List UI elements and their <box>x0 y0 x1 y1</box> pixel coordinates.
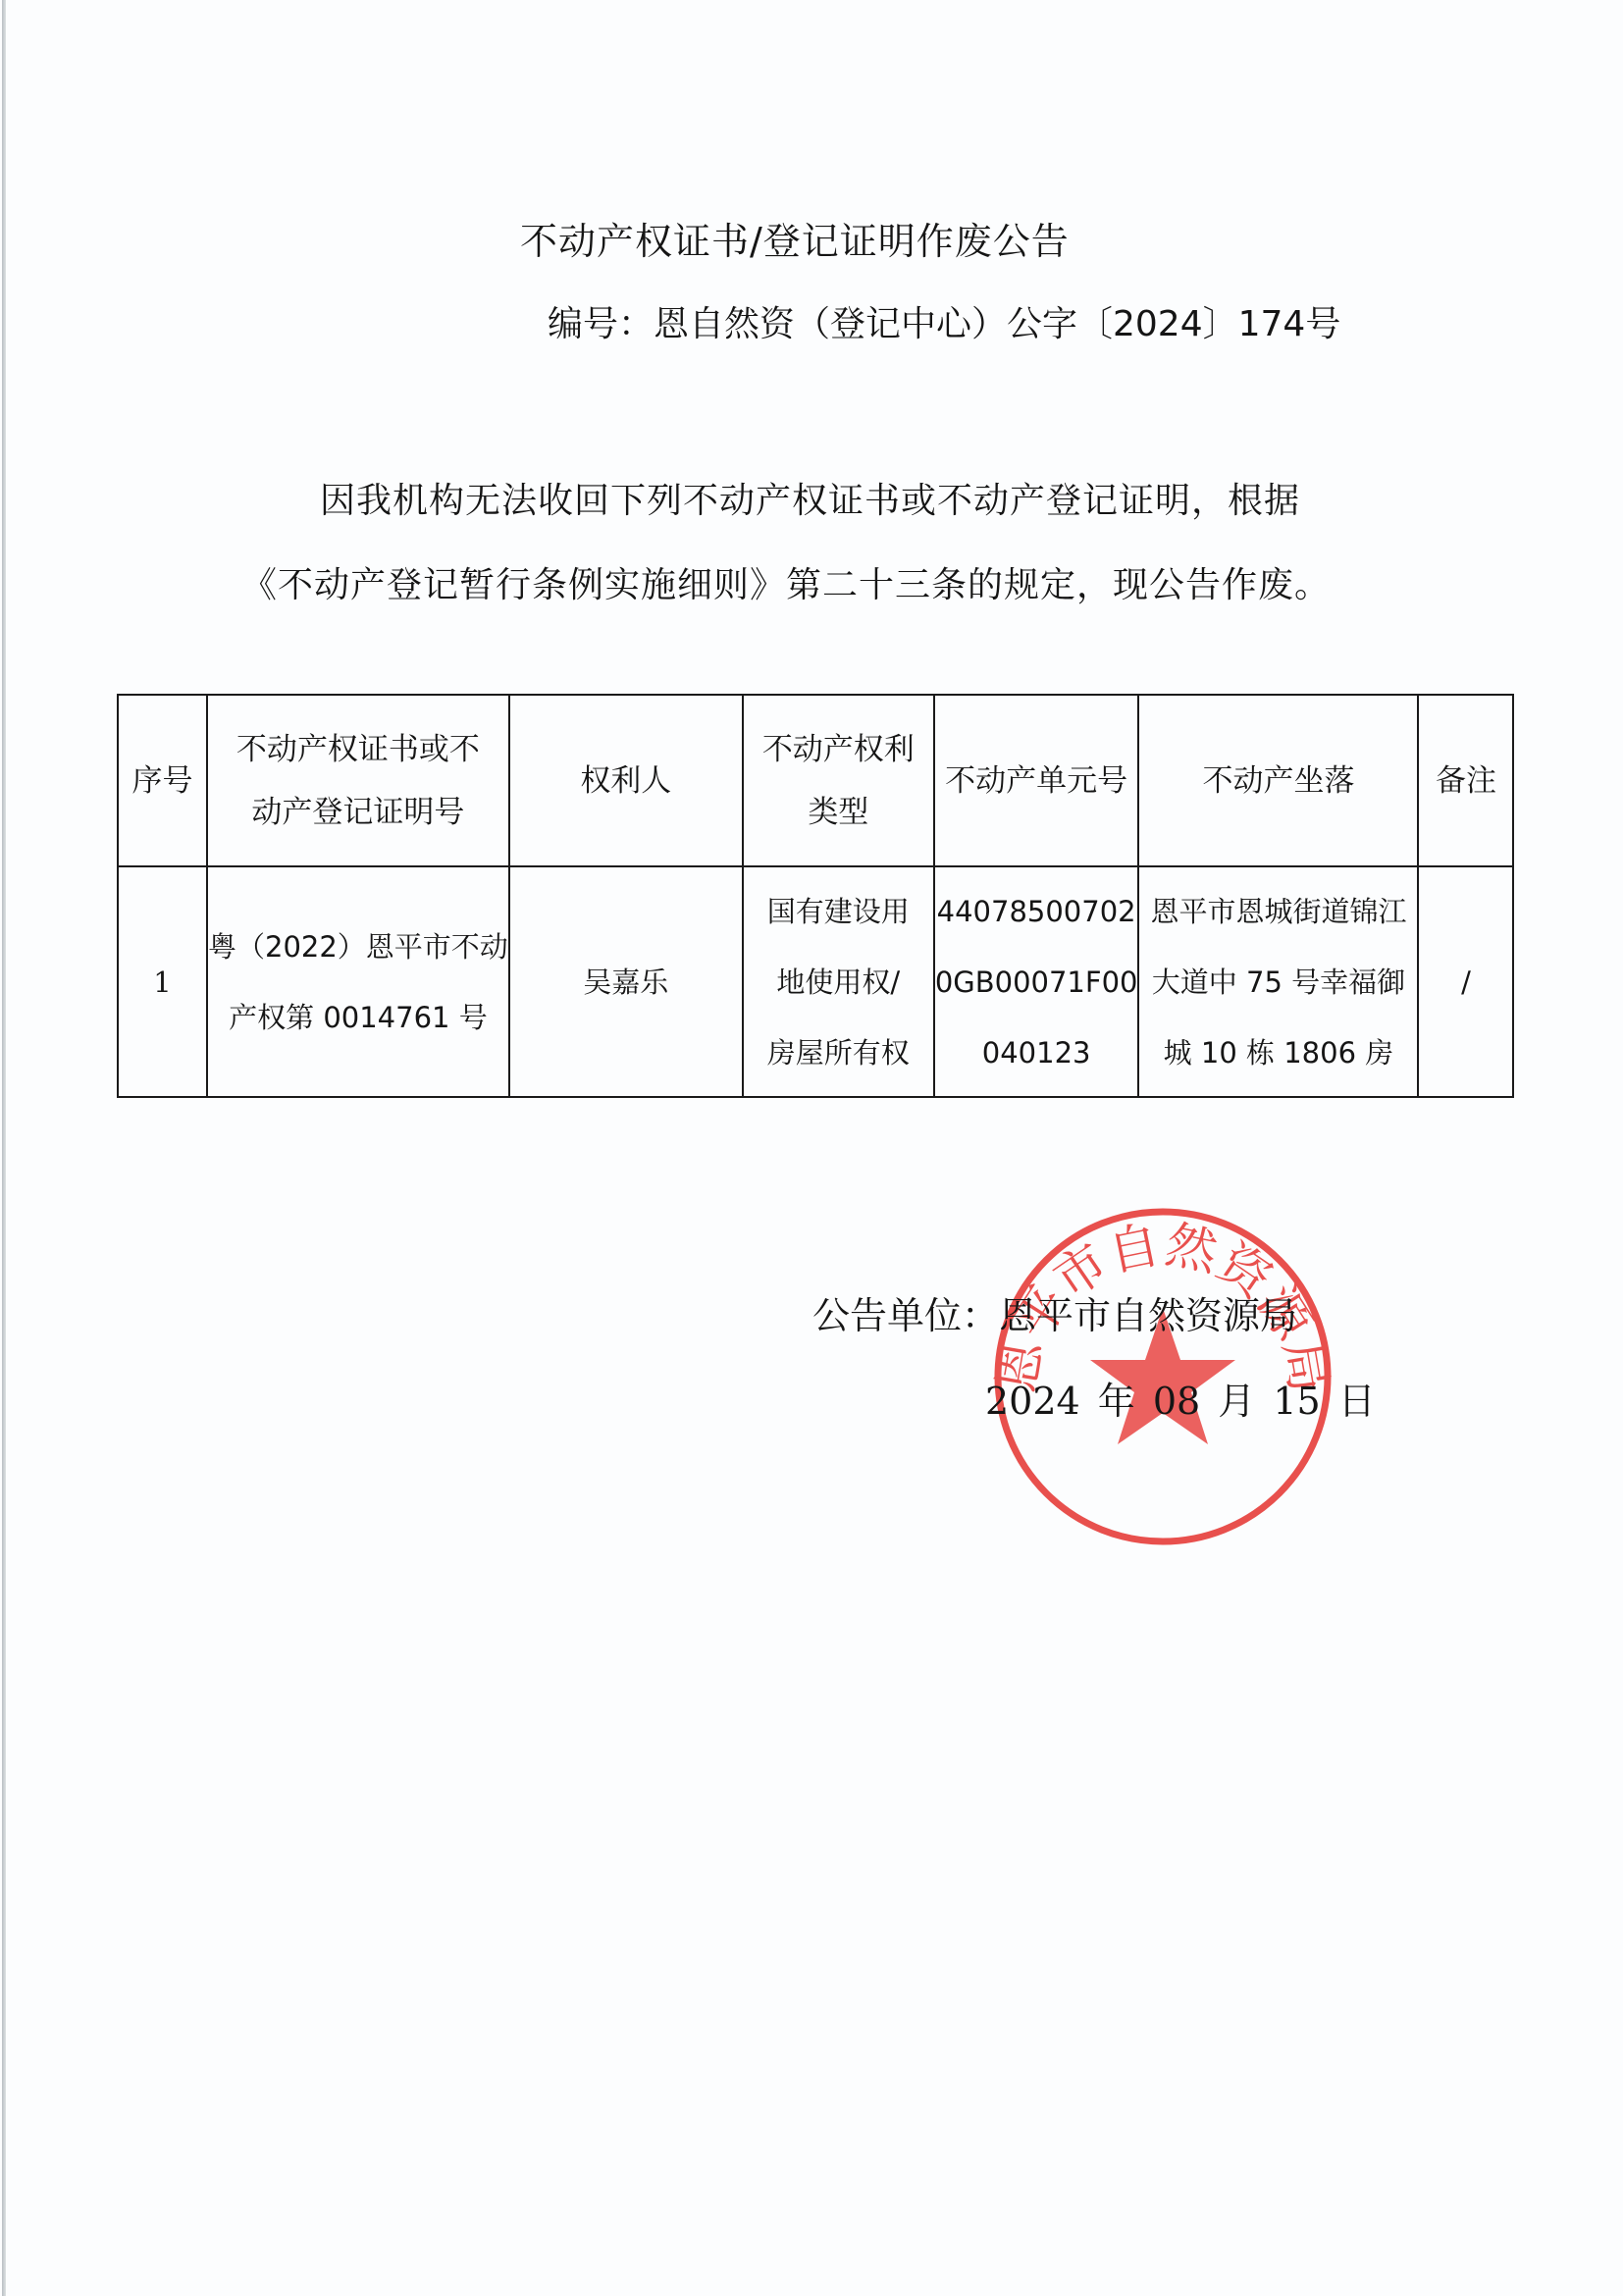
cell-certificate-no: 粤（2022）恩平市不动 产权第 0014761 号 <box>207 866 509 1097</box>
header-right-holder: 权利人 <box>509 695 743 866</box>
header-location: 不动产坐落 <box>1138 695 1418 866</box>
void-certificates-table: 序号 不动产权证书或不 动产登记证明号 权利人 不动产权利 类型 不动产单元号 … <box>117 694 1514 1098</box>
header-index: 序号 <box>118 695 207 866</box>
document-number: 编号：恩自然资（登记中心）公字〔2024〕174号 <box>548 296 1340 346</box>
scan-edge <box>2 0 6 2296</box>
cell-unit-no: 44078500702 0GB00071F00 040123 <box>934 866 1139 1097</box>
header-remark: 备注 <box>1418 695 1513 866</box>
table-header-row: 序号 不动产权证书或不 动产登记证明号 权利人 不动产权利 类型 不动产单元号 … <box>118 695 1513 866</box>
cell-index: 1 <box>118 866 207 1097</box>
header-unit-no: 不动产单元号 <box>934 695 1139 866</box>
header-right-type: 不动产权利 类型 <box>743 695 934 866</box>
header-certificate-no: 不动产权证书或不 动产登记证明号 <box>207 695 509 866</box>
issuer-line: 公告单位：恩平市自然资源局 <box>812 1285 1297 1339</box>
cell-remark: / <box>1418 866 1513 1097</box>
cell-right-holder: 吴嘉乐 <box>509 866 743 1097</box>
body-paragraph-line-2: 《不动产登记暂行条例实施细则》第二十三条的规定，现公告作废。 <box>241 557 1331 607</box>
body-paragraph-line-1: 因我机构无法收回下列不动产权证书或不动产登记证明，根据 <box>320 473 1300 523</box>
cell-location: 恩平市恩城街道锦江 大道中 75 号幸福御 城 10 栋 1806 房 <box>1138 866 1418 1097</box>
issue-date: 2024 年 08 月 15 日 <box>985 1371 1376 1425</box>
table-row: 1 粤（2022）恩平市不动 产权第 0014761 号 吴嘉乐 国有建设用 地… <box>118 866 1513 1097</box>
cell-right-type: 国有建设用 地使用权/ 房屋所有权 <box>743 866 934 1097</box>
document-title: 不动产权证书/登记证明作废公告 <box>520 211 1070 265</box>
